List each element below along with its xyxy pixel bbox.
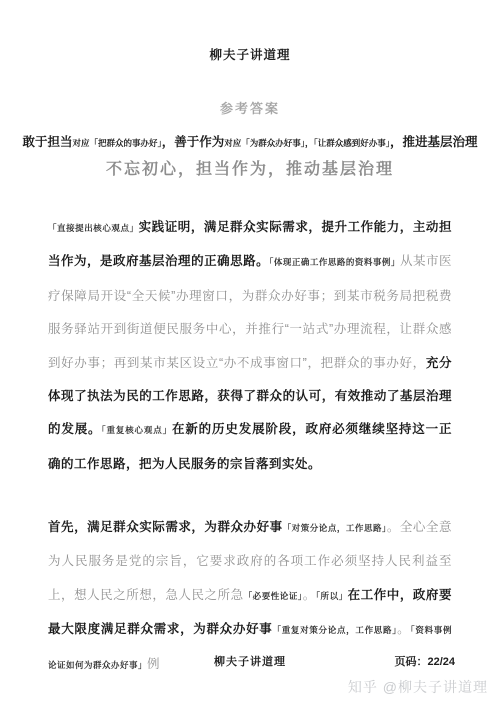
text-segment: 「必要性论证」 xyxy=(244,591,303,601)
document-page: 柳夫子讲道理 参考答案 敢于担当对应「把群众的事办好」，善于作为对应「为群众办好… xyxy=(0,0,500,708)
text-segment: 「对策分论点，工作思路」 xyxy=(283,523,387,533)
text-segment: 敢于担当 xyxy=(22,135,72,149)
answer-paragraph-core-viewpoint: 「直接提出核心观点」实践证明，满足群众实际需求，提升工作能力，主动担当作为，是政… xyxy=(48,211,452,481)
text-segment: 「重复核心观点」 xyxy=(101,425,172,435)
text-segment: 「体现正确工作思路的资料事例」 xyxy=(269,257,400,267)
text-segment: 「直接提出核心观点」 xyxy=(48,223,139,233)
reference-answer-label: 参考答案 xyxy=(0,98,500,117)
text-segment: 推进基层治理 xyxy=(403,135,478,149)
text-segment: 。 xyxy=(303,588,316,602)
text-segment: 「重复对策分论点，工作思路」 xyxy=(273,625,398,635)
text-segment: ， xyxy=(390,135,403,149)
text-segment: 善于作为 xyxy=(174,135,224,149)
text-segment: 对应「把群众的事办好」 xyxy=(72,138,161,148)
text-segment: 对应「为群众办好事」，「让群众感到好办事」 xyxy=(224,138,390,148)
answer-headline: 敢于担当对应「把群众的事办好」，善于作为对应「为群众办好事」，「让群众感到好办事… xyxy=(0,132,500,151)
text-segment: ， xyxy=(162,135,175,149)
page-header-title: 柳夫子讲道理 xyxy=(0,45,500,63)
zhihu-watermark: 知乎 @柳夫子讲道理 xyxy=(348,677,488,697)
text-segment: 「所以」 xyxy=(316,591,348,601)
text-segment: 从某市医疗保障局开设“全天候”办理窗口，为群众办好事；到某市税务局把税费服务驿站… xyxy=(48,254,452,369)
page-number: 页码：22/24 xyxy=(394,653,455,669)
text-segment: 。 xyxy=(397,622,410,636)
answer-subtitle: 不忘初心，担当作为，推动基层治理 xyxy=(0,156,500,179)
text-segment: 首先，满足群众实际需求，为群众办好事 xyxy=(48,520,283,534)
